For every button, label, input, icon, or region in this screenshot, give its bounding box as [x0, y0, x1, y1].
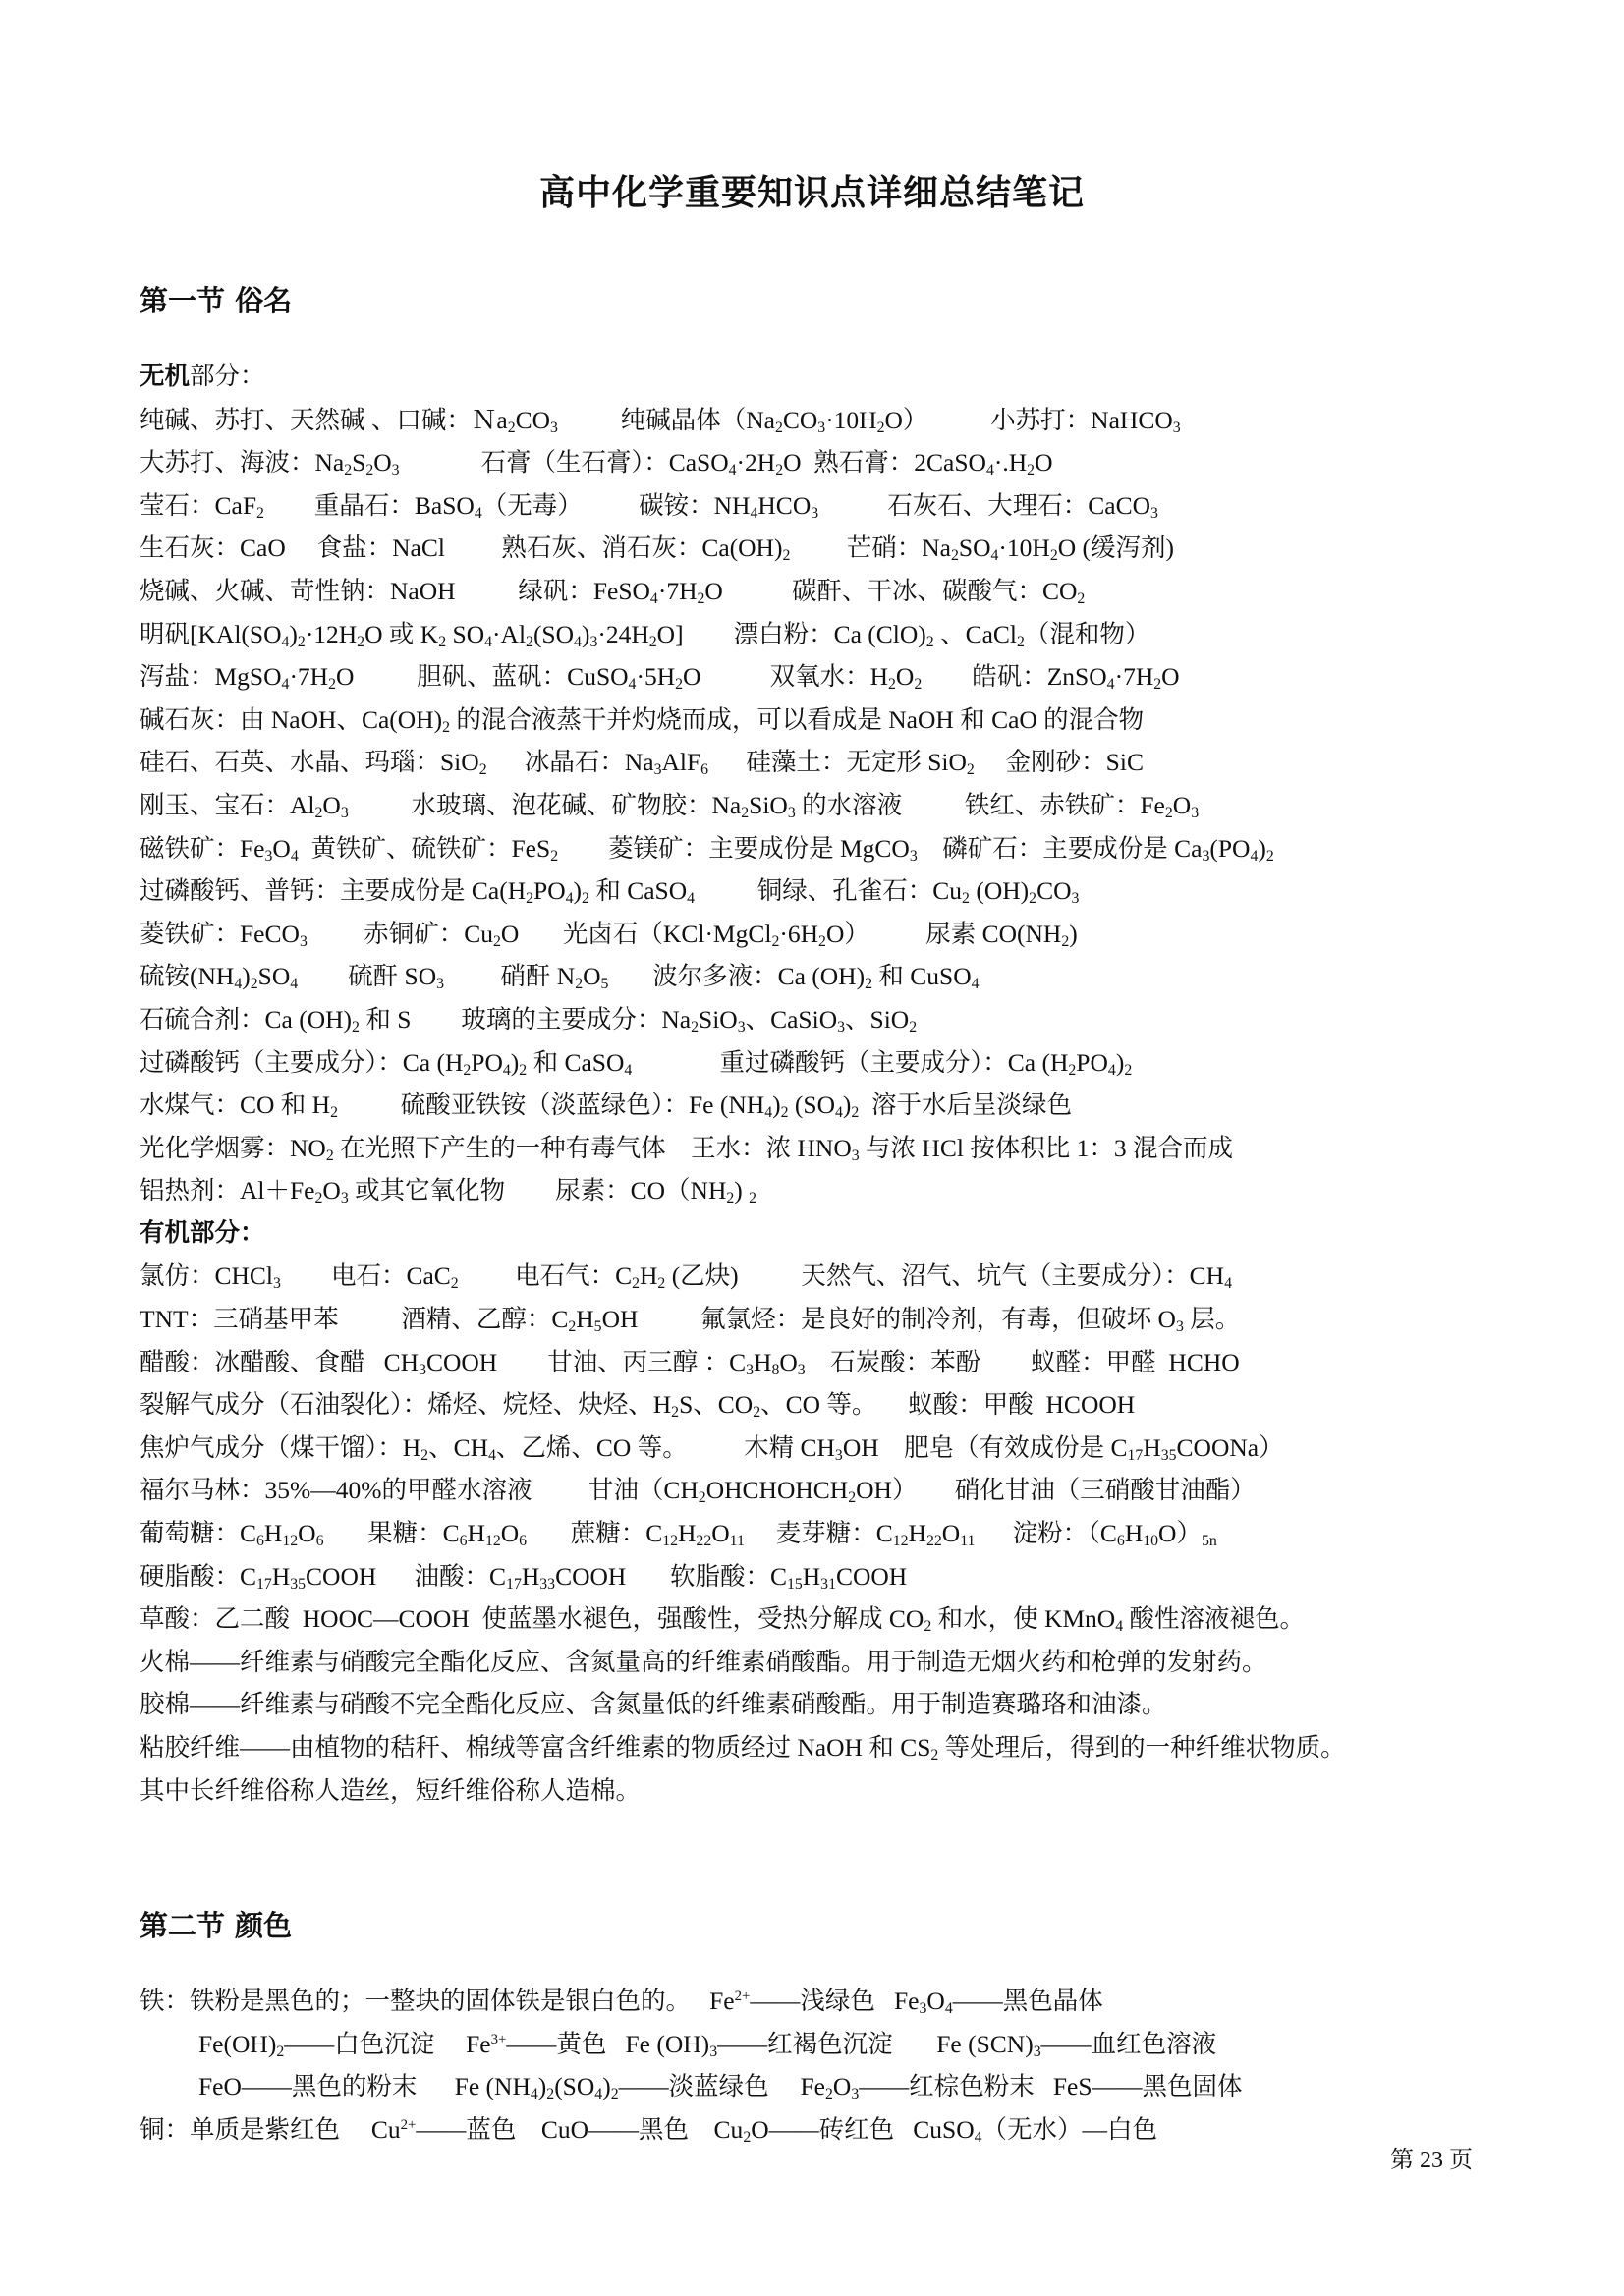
section-nicknames-body: 无机部分： 纯碱、苏打、天然碱 、口碱：Ｎa2CO3 纯碱晶体（Na2CO3·1…: [140, 356, 1515, 1812]
inorganic-line: 硅石、石英、水晶、玛瑙：SiO2 冰晶石：Na3AlF6 硅藻土：无定形 SiO…: [140, 741, 1515, 784]
inorganic-line: 过磷酸钙、普钙：主要成份是 Ca(H2PO4)2 和 CaSO4 铜绿、孔雀石：…: [140, 869, 1515, 913]
organic-line: 硬脂酸：C17H35COOH 油酸：C17H33COOH 软脂酸：C15H31C…: [140, 1555, 1515, 1598]
color-line: FeO——黑色的粉末 Fe (NH4)2(SO4)2——淡蓝绿色 Fe2O3——…: [140, 2065, 1515, 2108]
organic-line: TNT：三硝基甲苯 酒精、乙醇：C2H5OH 氟氯烃：是良好的制冷剂，有毒，但破…: [140, 1298, 1515, 1341]
organic-line: 胶棉——纤维素与硝酸不完全酯化反应、含氮量低的纤维素硝酸酯。用于制造赛璐珞和油漆…: [140, 1683, 1515, 1726]
organic-line: 粘胶纤维——由植物的秸秆、棉绒等富含纤维素的物质经过 NaOH 和 CS2 等处…: [140, 1726, 1515, 1769]
inorganic-line: 菱铁矿：FeCO3 赤铜矿：Cu2O 光卤石（KCl·MgCl2·6H2O） 尿…: [140, 913, 1515, 956]
inorganic-line: 生石灰：CaO 食盐：NaCl 熟石灰、消石灰：Ca(OH)2 芒硝：Na2SO…: [140, 527, 1515, 570]
document-title: 高中化学重要知识点详细总结笔记: [0, 165, 1624, 215]
inorganic-line: 大苏打、海波：Na2S2O3 石膏（生石膏）：CaSO4·2H2O 熟石膏：2C…: [140, 441, 1515, 484]
section-heading-colors: 第二节 颜色: [140, 1904, 292, 1944]
organic-line: 葡萄糖：C6H12O6 果糖：C6H12O6 蔗糖：C12H22O11 麦芽糖：…: [140, 1512, 1515, 1555]
organic-list: 氯仿：CHCl3 电石：CaC2 电石气：C2H2 (乙炔) 天然气、沼气、坑气…: [140, 1255, 1515, 1812]
organic-line: 草酸：乙二酸 HOOC—COOH 使蓝墨水褪色，强酸性，受热分解成 CO2 和水…: [140, 1597, 1515, 1641]
inorganic-line: 刚玉、宝石：Al2O3 水玻璃、泡花碱、矿物胶：Na2SiO3 的水溶液 铁红、…: [140, 784, 1515, 827]
organic-subheading: 有机部分：: [140, 1212, 1515, 1256]
inorganic-line: 硫铵(NH4)2SO4 硫酐 SO3 硝酐 N2O5 波尔多液：Ca (OH)2…: [140, 955, 1515, 998]
section-colors-body: 铁：铁粉是黑色的；一整块的固体铁是银白色的。 Fe2+——浅绿色 Fe3O4——…: [140, 1980, 1515, 2151]
color-line: Fe(OH)2——白色沉淀 Fe3+——黄色 Fe (OH)3——红褐色沉淀 F…: [140, 2023, 1515, 2066]
inorganic-line: 烧碱、火碱、苛性钠：NaOH 绿矾：FeSO4·7H2O 碳酐、干冰、碳酸气：C…: [140, 570, 1515, 613]
organic-line: 氯仿：CHCl3 电石：CaC2 电石气：C2H2 (乙炔) 天然气、沼气、坑气…: [140, 1255, 1515, 1298]
inorganic-line: 纯碱、苏打、天然碱 、口碱：Ｎa2CO3 纯碱晶体（Na2CO3·10H2O） …: [140, 399, 1515, 442]
inorganic-subheading: 无机部分：: [140, 356, 1515, 399]
inorganic-line: 石硫合剂：Ca (OH)2 和 S 玻璃的主要成分：Na2SiO3、CaSiO3…: [140, 998, 1515, 1041]
color-line: 铁：铁粉是黑色的；一整块的固体铁是银白色的。 Fe2+——浅绿色 Fe3O4——…: [140, 1980, 1515, 2023]
document-page: 高中化学重要知识点详细总结笔记 第一节 俗名 无机部分： 纯碱、苏打、天然碱 、…: [0, 0, 1624, 2296]
inorganic-line: 铝热剂：Al＋Fe2O3 或其它氧化物 尿素：CO（NH2) 2: [140, 1169, 1515, 1212]
inorganic-line: 过磷酸钙（主要成分）：Ca (H2PO4)2 和 CaSO4 重过磷酸钙（主要成…: [140, 1041, 1515, 1085]
organic-line: 福尔马林：35%—40%的甲醛水溶液 甘油（CH2OHCHOHCH2OH） 硝化…: [140, 1469, 1515, 1512]
organic-line: 醋酸：冰醋酸、食醋 CH3COOH 甘油、丙三醇 ：C3H8O3 石炭酸：苯酚 …: [140, 1341, 1515, 1384]
inorganic-line: 莹石：CaF2 重晶石：BaSO4（无毒） 碳铵：NH4HCO3 石灰石、大理石…: [140, 484, 1515, 528]
inorganic-line: 泻盐：MgSO4·7H2O 胆矾、蓝矾：CuSO4·5H2O 双氧水：H2O2 …: [140, 655, 1515, 699]
inorganic-line: 光化学烟雾：NO2 在光照下产生的一种有毒气体 王水：浓 HNO3 与浓 HCl…: [140, 1127, 1515, 1170]
organic-line: 焦炉气成分（煤干馏）：H2、CH4、乙烯、CO 等。 木精 CH3OH 肥皂（有…: [140, 1427, 1515, 1470]
inorganic-line: 碱石灰：由 NaOH、Ca(OH)2 的混合液蒸干并灼烧而成，可以看成是 NaO…: [140, 699, 1515, 742]
section-heading-nicknames: 第一节 俗名: [140, 279, 292, 319]
inorganic-line: 水煤气：CO 和 H2 硫酸亚铁铵（淡蓝绿色）：Fe (NH4)2 (SO4)2…: [140, 1084, 1515, 1127]
organic-line: 火棉——纤维素与硝酸完全酯化反应、含氮量高的纤维素硝酸酯。用于制造无烟火药和枪弹…: [140, 1641, 1515, 1684]
organic-line: 裂解气成分（石油裂化）：烯烃、烷烃、炔烃、H2S、CO2、CO 等。 蚁酸：甲酸…: [140, 1383, 1515, 1427]
organic-line: 其中长纤维俗称人造丝，短纤维俗称人造棉。: [140, 1769, 1515, 1813]
inorganic-list: 纯碱、苏打、天然碱 、口碱：Ｎa2CO3 纯碱晶体（Na2CO3·10H2O） …: [140, 399, 1515, 1212]
page-number: 第 23 页: [1390, 2140, 1473, 2174]
inorganic-line: 磁铁矿：Fe3O4 黄铁矿、硫铁矿：FeS2 菱镁矿：主要成份是 MgCO3 磷…: [140, 827, 1515, 870]
color-line: 铜：单质是紫红色 Cu2+——蓝色 CuO——黑色 Cu2O——砖红色 CuSO…: [140, 2108, 1515, 2152]
inorganic-line: 明矾[KAl(SO4)2·12H2O 或 K2 SO4·Al2(SO4)3·24…: [140, 613, 1515, 656]
